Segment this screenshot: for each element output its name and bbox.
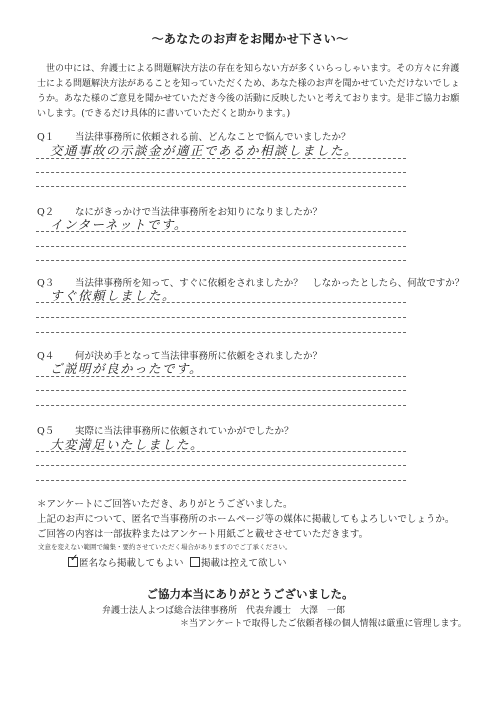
page-title: ～あなたのお声をお聞かせ下さい～ xyxy=(0,30,500,47)
option-label: 匿名なら掲載してもよい xyxy=(79,558,184,569)
answer-line xyxy=(36,376,406,377)
answer-line xyxy=(36,405,406,406)
check-mark-icon: ✓ xyxy=(70,553,78,564)
answer-line xyxy=(36,480,406,481)
answer-line xyxy=(36,260,406,261)
answer-line xyxy=(36,186,406,187)
answer-line xyxy=(36,451,406,452)
checkbox-unchecked[interactable] xyxy=(190,557,200,567)
answer-line xyxy=(36,158,406,159)
answer-line xyxy=(36,172,406,173)
answer-line xyxy=(36,246,406,247)
answer-line xyxy=(36,332,406,333)
answer-1: 交通事故の示談金が適正であるか相談しました。 xyxy=(50,141,358,159)
footer-firm: 弁護士法人よつば総合法律事務所 代表弁護士 大澤 一郎 xyxy=(102,603,345,616)
intro-paragraph: 世の中には、弁護士による問題解決方法の存在を知らない方が多くいらっしゃいます。そ… xyxy=(37,62,467,122)
closing-permission: 上記のお声について、匿名で当事務所のホームページ等の媒体に掲載してもよろしいでし… xyxy=(37,511,454,525)
answer-line xyxy=(36,390,406,391)
answer-line xyxy=(36,302,406,303)
footer-privacy: ＊当アンケートで取得したご依頼者様の個人情報は厳重に管理します。 xyxy=(180,616,467,629)
answer-line xyxy=(36,231,406,232)
answer-4: ご説明が良かったです。 xyxy=(50,359,203,377)
footer-thanks: ご協力本当にありがとうございました。 xyxy=(0,586,500,602)
closing-excerpt: ご回答の内容は一部抜粋またはアンケート用紙ごと載せさせていただきます。 xyxy=(37,526,368,540)
closing-thanks: ＊アンケートにご回答いただき、ありがとうございました。 xyxy=(37,496,293,510)
checkbox-checked[interactable]: ✓ xyxy=(68,557,78,567)
option-anonymous-ok[interactable]: ✓匿名なら掲載してもよい xyxy=(68,555,184,569)
answer-line xyxy=(36,317,406,318)
answer-line xyxy=(36,465,406,466)
option-decline[interactable]: 掲載は控えて欲しい xyxy=(190,555,287,569)
option-label: 掲載は控えて欲しい xyxy=(201,558,287,569)
closing-note: 文意を変えない範囲で編集・要約させていただく場合がありますのでご了承ください。 xyxy=(38,542,292,551)
